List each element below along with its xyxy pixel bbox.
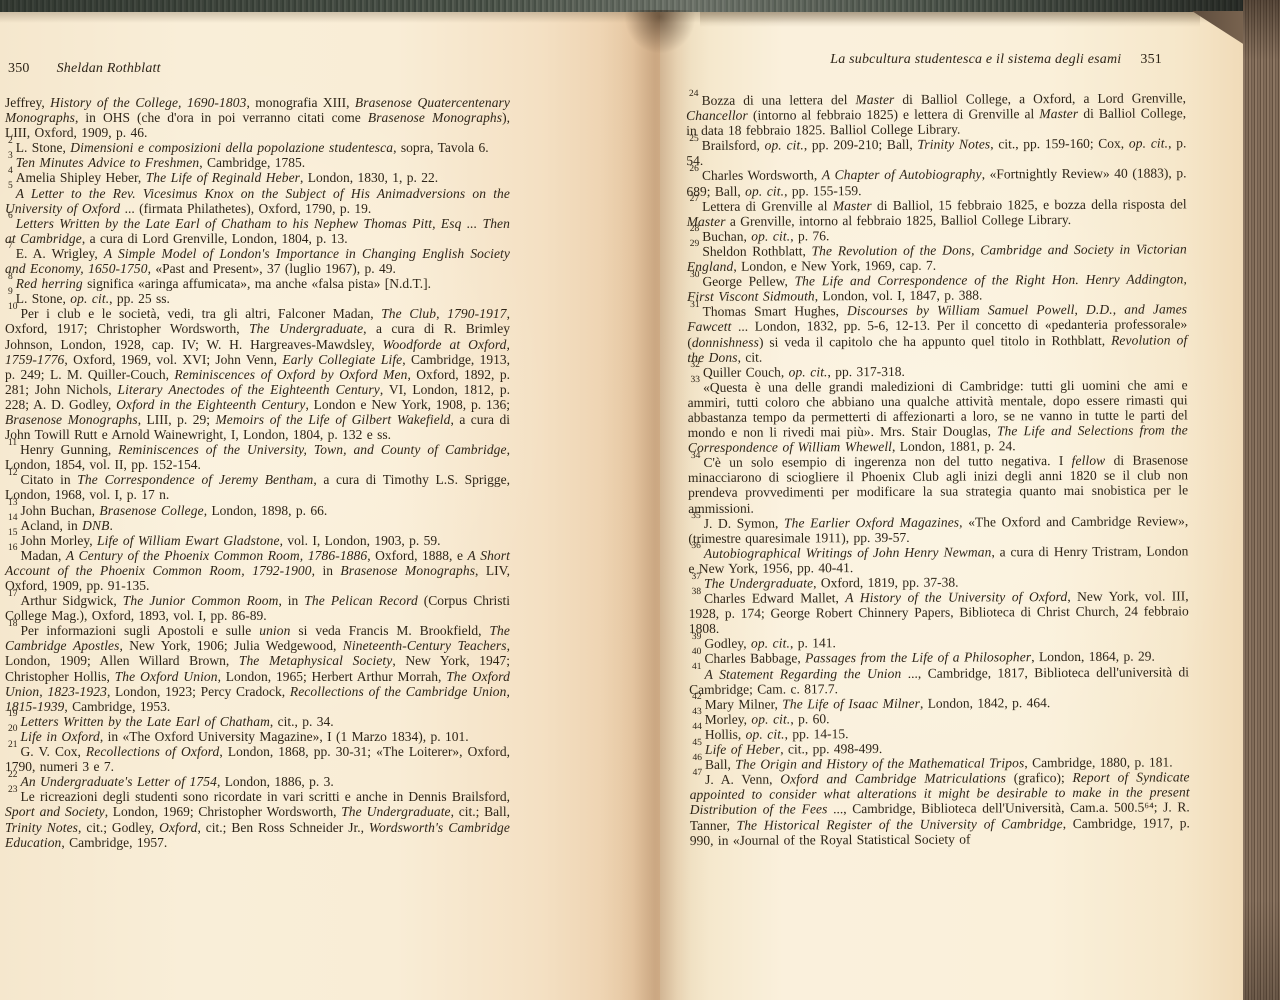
- footnote-41: 41A Statement Regarding the Union ..., C…: [689, 664, 1189, 697]
- footnote-5: 5A Letter to the Rev. Vicesimus Knox on …: [5, 186, 510, 216]
- footnote-number: 32: [690, 360, 700, 370]
- footnote-16: 16Madan, A Century of the Phoenix Common…: [5, 548, 510, 593]
- footnote-15: 15John Morley, Life of William Ewart Gla…: [5, 533, 510, 548]
- left-page-number: 350: [8, 61, 30, 76]
- footnote-number: 40: [692, 647, 702, 657]
- footnote-number: 46: [692, 753, 702, 763]
- footnote-number: 47: [693, 768, 703, 778]
- footnote-20: 20Life in Oxford, in «The Oxford Univers…: [5, 729, 510, 744]
- footnote-27: 27Lettera di Grenville al Master di Ball…: [687, 196, 1187, 229]
- footnote-number: 30: [690, 270, 700, 280]
- footnote-36: 36Autobiographical Writings of John Henr…: [688, 543, 1188, 576]
- footnote-18: 18Per informazioni sugli Apostoli e sull…: [5, 623, 510, 714]
- footnote-number: 26: [689, 164, 699, 174]
- footnote-number: 20: [8, 724, 18, 734]
- footnote-number: 8: [8, 272, 13, 282]
- left-page-header: 350Sheldan Rothblatt: [8, 61, 161, 77]
- footnote-23: 23Le ricreazioni degli studenti sono ric…: [5, 789, 510, 849]
- footnote-25: 25Brailsford, op. cit., pp. 209-210; Bal…: [686, 136, 1186, 169]
- footnote-number: 28: [690, 224, 700, 234]
- footnote-19: 19Letters Written by the Late Earl of Ch…: [5, 714, 510, 729]
- right-page-number: 351: [1140, 52, 1162, 67]
- footnote-number: 34: [691, 451, 701, 461]
- footnote-9: 9L. Stone, op. cit., pp. 25 ss.: [5, 291, 510, 306]
- footnote-13: 13John Buchan, Brasenose College, London…: [5, 503, 510, 518]
- footnote-10: 10Per i club e le società, vedi, tra gli…: [5, 306, 510, 442]
- footnote-number: 42: [692, 692, 702, 702]
- footnote-number: 18: [8, 619, 18, 629]
- footnote-number: 16: [8, 543, 18, 553]
- footnote-24: 24Bozza di una lettera del Master di Bal…: [686, 90, 1186, 138]
- footnote-number: 33: [690, 375, 700, 385]
- footnote-number: 27: [690, 194, 700, 204]
- footnote-number: 31: [690, 300, 700, 310]
- footnote-26: 26Charles Wordsworth, A Chapter of Autob…: [686, 166, 1186, 199]
- right-footnotes-column: 24Bozza di una lettera del Master di Bal…: [686, 90, 1190, 847]
- footnote-number: 15: [8, 528, 18, 538]
- right-running-head: La subcultura studentesca e il sistema d…: [830, 52, 1121, 67]
- footnote-47: 47J. A. Venn, Oxford and Cambridge Matri…: [690, 770, 1190, 848]
- right-page-top-shadow: [700, 12, 1200, 27]
- footnote-11: 11Henry Gunning, Reminiscences of the Un…: [5, 442, 510, 472]
- right-page-header: La subcultura studentesca e il sistema d…: [686, 52, 1162, 68]
- footnote-30: 30George Pellew, The Life and Correspond…: [687, 272, 1187, 305]
- footnote-34: 34C'è un solo esempio di ingerenza non d…: [688, 453, 1188, 516]
- footnote-14: 14Acland, in DNB.: [5, 518, 510, 533]
- footnote-number: 21: [8, 740, 18, 750]
- footnote-7: 7E. A. Wrigley, A Simple Model of London…: [5, 246, 510, 276]
- footnote-3: 3Ten Minutes Advice to Freshmen, Cambrid…: [5, 155, 510, 170]
- footnote-number: 25: [689, 134, 699, 144]
- footnote-number: 11: [8, 438, 17, 448]
- footnote-number: 7: [8, 241, 13, 251]
- footnote-number: 45: [692, 737, 702, 747]
- footnote-22: 22An Undergraduate's Letter of 1754, Lon…: [5, 774, 510, 789]
- footnote-number: 4: [8, 166, 13, 176]
- left-footnotes-column: Jeffrey, History of the College, 1690-18…: [5, 95, 510, 850]
- footnote-number: 41: [692, 662, 702, 672]
- footnote-21: 21G. V. Cox, Recollections of Oxford, Lo…: [5, 744, 510, 774]
- footnote-number: 17: [8, 589, 18, 599]
- footnote-6: 6Letters Written by the Late Earl of Cha…: [5, 216, 510, 246]
- footnote-number: 36: [691, 541, 701, 551]
- footnote-number: 29: [690, 239, 700, 249]
- footnote-4: 4Amelia Shipley Heber, The Life of Regin…: [5, 170, 510, 185]
- fore-edge-page-stack: [1243, 0, 1280, 1000]
- footnote-number: 19: [8, 709, 18, 719]
- footnote-number: 23: [8, 785, 18, 795]
- footnote-number: 35: [691, 511, 701, 521]
- footnote-number: 14: [8, 513, 18, 523]
- footnote-number: 12: [8, 468, 18, 478]
- footnote-number: 44: [692, 722, 702, 732]
- book-scan: 350Sheldan Rothblatt La subcultura stude…: [0, 0, 1280, 1000]
- footnote-number: 6: [8, 211, 13, 221]
- footnote-number: 39: [692, 632, 702, 642]
- footnote-38: 38Charles Edward Mallet, A History of th…: [689, 588, 1189, 636]
- footnote-33: 33«Questa è una delle grandi maledizioni…: [688, 377, 1188, 455]
- footnote-17: 17Arthur Sidgwick, The Junior Common Roo…: [5, 593, 510, 623]
- footnote-number: 2: [8, 136, 13, 146]
- left-running-head: Sheldan Rothblatt: [57, 61, 161, 76]
- footnote-number: 9: [8, 287, 13, 297]
- footnote-number: 22: [8, 770, 18, 780]
- footnote-continuation: Jeffrey, History of the College, 1690-18…: [5, 95, 510, 140]
- footnote-31: 31Thomas Smart Hughes, Discourses by Wil…: [687, 302, 1187, 365]
- footnote-35: 35J. D. Symon, The Earlier Oxford Magazi…: [688, 513, 1188, 546]
- footnote-number: 13: [8, 498, 18, 508]
- footnote-number: 43: [692, 707, 702, 717]
- footnote-number: 24: [689, 88, 699, 98]
- footnote-29: 29Sheldon Rothblatt, The Revolution of t…: [687, 241, 1187, 274]
- footnote-8: 8Red herring significa «aringa affumicat…: [5, 276, 510, 291]
- footnote-number: 38: [692, 587, 702, 597]
- footnote-2: 2L. Stone, Dimensioni e composizioni del…: [5, 140, 510, 155]
- footnote-number: 37: [692, 571, 702, 581]
- footnote-12: 12Citato in The Correspondence of Jeremy…: [5, 472, 510, 502]
- footnote-number: 10: [8, 302, 18, 312]
- footnote-number: 3: [8, 151, 13, 161]
- footnote-number: 5: [8, 181, 13, 191]
